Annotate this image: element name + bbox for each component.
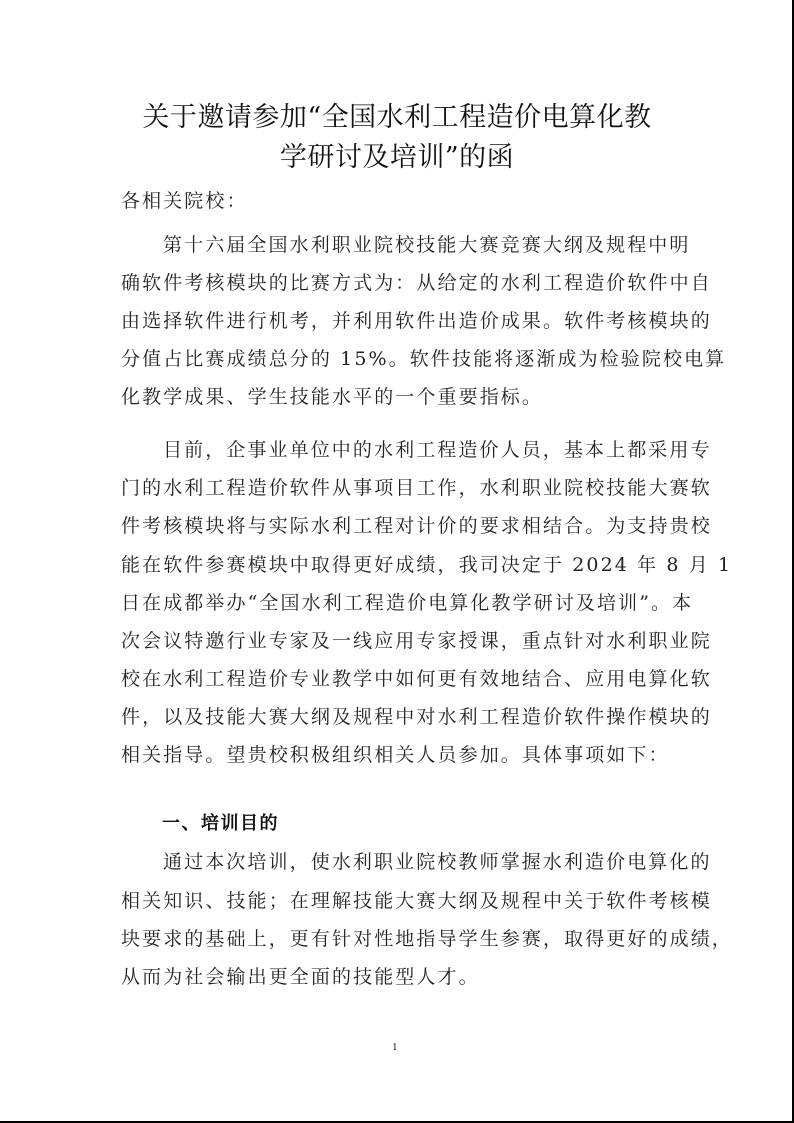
section-1-heading: 一、培训目的 (162, 812, 279, 836)
section-1-line-1: 通过本次培训，使水利职业院校教师掌握水利造价电算化的 (163, 850, 723, 874)
paragraph-2-line-1: 目前，企事业单位中的水利工程造价人员，基本上都采用专 (163, 438, 723, 462)
salutation: 各相关院校： (121, 189, 681, 213)
paragraph-1-line-5: 化教学成果、学生技能水平的一个重要指标。 (121, 385, 681, 409)
paragraph-2-line-8: 件，以及技能大赛大纲及规程中对水利工程造价软件操作模块的 (121, 705, 681, 729)
section-1-line-2: 相关知识、技能；在理解技能大赛大纲及规程中关于软件考核模 (121, 889, 681, 913)
section-1-line-4: 从而为社会输出更全面的技能型人才。 (121, 965, 681, 989)
section-1-line-3: 块要求的基础上，更有针对性地指导学生参赛，取得更好的成绩， (121, 927, 681, 951)
paragraph-1-line-4: 分值占比赛成绩总分的 15%。软件技能将逐渐成为检验院校电算 (121, 347, 681, 371)
paragraph-1-line-1: 第十六届全国水利职业院校技能大赛竞赛大纲及规程中明 (163, 233, 723, 257)
document-page: 关于邀请参加“全国水利工程造价电算化教 学研讨及培训”的函 各相关院校： 第十六… (0, 0, 794, 1123)
paragraph-2-line-4: 能在软件参赛模块中取得更好成绩，我司决定于 2024 年 8 月 1 (121, 553, 681, 577)
paragraph-2-line-9: 相关指导。望贵校积极组织相关人员参加。具体事项如下： (121, 743, 681, 767)
document-title-line-1: 关于邀请参加“全国水利工程造价电算化教 (100, 98, 694, 138)
page-number: 1 (392, 1041, 398, 1053)
paragraph-1-line-2: 确软件考核模块的比赛方式为：从给定的水利工程造价软件中自 (121, 271, 681, 295)
paragraph-2-line-2: 门的水利工程造价软件从事项目工作，水利职业院校技能大赛软 (121, 476, 681, 500)
paragraph-2-line-5: 日在成都举办“全国水利工程造价电算化教学研讨及培训”。本 (121, 591, 681, 615)
document-title-line-2: 学研讨及培训”的函 (100, 138, 694, 178)
paragraph-2-line-7: 校在水利工程造价专业教学中如何更有效地结合、应用电算化软 (121, 667, 681, 691)
paragraph-2-line-3: 件考核模块将与实际水利工程对计价的要求相结合。为支持贵校 (121, 514, 681, 538)
paragraph-2-line-6: 次会议特邀行业专家及一线应用专家授课，重点针对水利职业院 (121, 629, 681, 653)
paragraph-1-line-3: 由选择软件进行机考，并利用软件出造价成果。软件考核模块的 (121, 309, 681, 333)
